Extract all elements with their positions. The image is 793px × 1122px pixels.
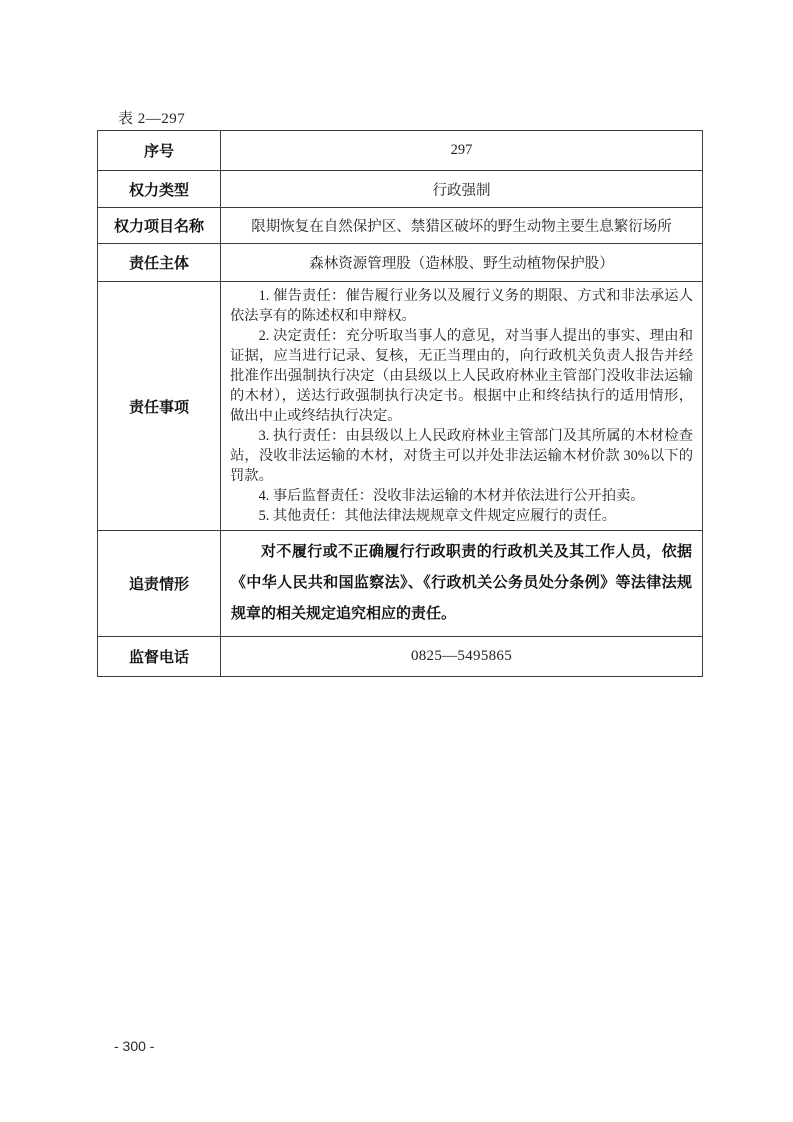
- row-label-supervision-phone: 监督电话: [98, 637, 221, 677]
- table-row-power-item-name: 权力项目名称 限期恢复在自然保护区、禁猎区破坏的野生动物主要生息繁衍场所: [98, 208, 703, 244]
- row-label-responsible-subject: 责任主体: [98, 244, 221, 282]
- duty-item-2: 2. 决定责任：充分听取当事人的意见，对当事人提出的事实、理由和证据，应当进行记…: [230, 326, 693, 426]
- row-label-power-type: 权力类型: [98, 171, 221, 208]
- row-value-responsibility-matters: 1. 催告责任：催告履行业务以及履行义务的期限、方式和非法承运人依法享有的陈述权…: [221, 282, 703, 531]
- table-caption: 表 2—297: [118, 107, 185, 128]
- duty-item-1: 1. 催告责任：催告履行业务以及履行义务的期限、方式和非法承运人依法享有的陈述权…: [230, 286, 693, 326]
- table-row-power-type: 权力类型 行政强制: [98, 171, 703, 208]
- table-row-supervision-phone: 监督电话 0825—5495865: [98, 637, 703, 677]
- row-value-supervision-phone: 0825—5495865: [221, 637, 703, 677]
- table-row-accountability: 追责情形 对不履行或不正确履行行政职责的行政机关及其工作人员，依据《中华人民共和…: [98, 531, 703, 637]
- row-value-power-item-name: 限期恢复在自然保护区、禁猎区破坏的野生动物主要生息繁衍场所: [221, 208, 703, 244]
- duty-item-4: 4. 事后监督责任：没收非法运输的木材并依法进行公开拍卖。: [230, 486, 693, 506]
- duty-table: 序号 297 权力类型 行政强制 权力项目名称 限期恢复在自然保护区、禁猎区破坏…: [97, 130, 703, 677]
- row-label-serial: 序号: [98, 131, 221, 171]
- row-label-accountability: 追责情形: [98, 531, 221, 637]
- row-label-responsibility-matters: 责任事项: [98, 282, 221, 531]
- duty-item-3: 3. 执行责任：由县级以上人民政府林业主管部门及其所属的木材检查站，没收非法运输…: [230, 426, 693, 486]
- accountability-text: 对不履行或不正确履行行政职责的行政机关及其工作人员，依据《中华人民共和国监察法》…: [231, 537, 692, 630]
- row-label-power-item-name: 权力项目名称: [98, 208, 221, 244]
- table-row-responsibility-matters: 责任事项 1. 催告责任：催告履行业务以及履行义务的期限、方式和非法承运人依法享…: [98, 282, 703, 531]
- row-value-power-type: 行政强制: [221, 171, 703, 208]
- row-value-responsible-subject: 森林资源管理股（造林股、野生动植物保护股）: [221, 244, 703, 282]
- row-value-serial: 297: [221, 131, 703, 171]
- row-value-accountability: 对不履行或不正确履行行政职责的行政机关及其工作人员，依据《中华人民共和国监察法》…: [221, 531, 703, 637]
- document-page: 表 2—297 序号 297 权力类型 行政强制 权力项目名称 限期恢复在自然保…: [0, 0, 793, 1122]
- table-row-responsible-subject: 责任主体 森林资源管理股（造林股、野生动植物保护股）: [98, 244, 703, 282]
- page-number: - 300 -: [114, 1038, 154, 1054]
- table-row-serial: 序号 297: [98, 131, 703, 171]
- duty-item-5: 5. 其他责任：其他法律法规规章文件规定应履行的责任。: [230, 506, 693, 526]
